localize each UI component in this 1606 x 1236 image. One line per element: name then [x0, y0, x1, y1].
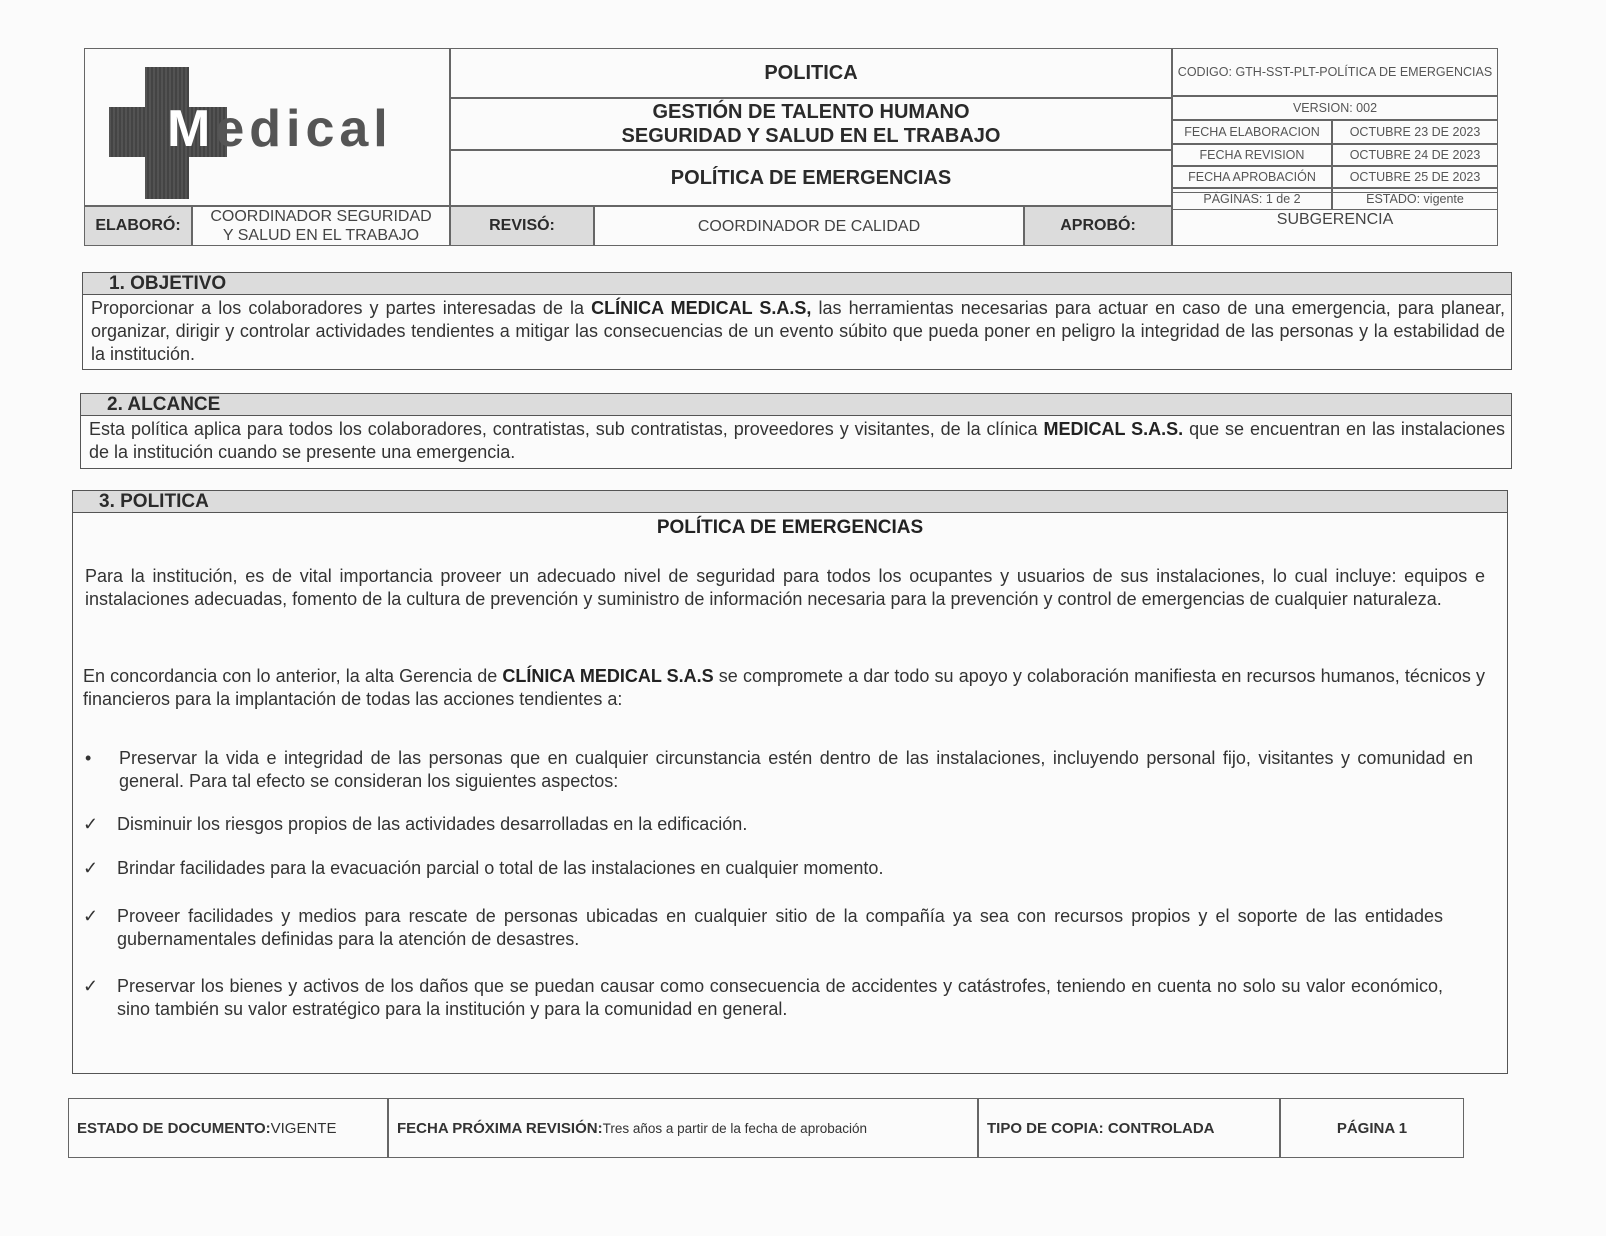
reviso-label: REVISÓ:	[450, 206, 594, 246]
elaboro-value: COORDINADOR SEGURIDAD Y SALUD EN EL TRAB…	[192, 206, 450, 246]
section-objetivo: 1. OBJETIVO Proporcionar a los colaborad…	[82, 272, 1512, 370]
meta-value: OCTUBRE 25 DE 2023	[1332, 166, 1498, 188]
footer-estado: ESTADO DE DOCUMENTO: VIGENTE	[68, 1098, 388, 1158]
elaboro-label: ELABORÓ:	[84, 206, 192, 246]
doc-type: POLITICA	[450, 48, 1172, 98]
footer-revision: FECHA PRÓXIMA REVISIÓN: Tres años a part…	[388, 1098, 978, 1158]
policy-subtitle: POLÍTICA DE EMERGENCIAS	[73, 517, 1507, 539]
footer-pagina: PÁGINA 1	[1280, 1098, 1464, 1158]
doc-area: GESTIÓN DE TALENTO HUMANO SEGURIDAD Y SA…	[450, 98, 1172, 150]
document-footer: ESTADO DE DOCUMENTO: VIGENTE FECHA PRÓXI…	[68, 1098, 1498, 1158]
meta-label: FECHA ELABORACION	[1172, 120, 1332, 144]
section-title: 3. POLITICA	[73, 491, 1507, 513]
logo-text: Medical	[167, 99, 393, 159]
aprobo-label: APROBÓ:	[1024, 206, 1172, 246]
footer-copia: TIPO DE COPIA: CONTROLADA	[978, 1098, 1280, 1158]
checkmark-icon: ✓	[83, 905, 103, 928]
document-header: Medical POLITICA GESTIÓN DE TALENTO HUMA…	[84, 48, 1534, 258]
doc-title: POLÍTICA DE EMERGENCIAS	[450, 150, 1172, 206]
meta-label: FECHA APROBACIÓN	[1172, 166, 1332, 188]
checkmark-icon: ✓	[83, 857, 103, 880]
policy-paragraph-1: Para la institución, es de vital importa…	[85, 565, 1485, 611]
doc-version: VERSION: 002	[1172, 96, 1498, 120]
bullet-icon: •	[85, 747, 105, 770]
policy-paragraph-2: En concordancia con lo anterior, la alta…	[83, 665, 1485, 711]
section-title: 1. OBJETIVO	[83, 273, 1511, 295]
doc-code: CODIGO: GTH-SST-PLT-POLÍTICA DE EMERGENC…	[1172, 48, 1498, 96]
section-text: Esta política aplica para todos los cola…	[89, 418, 1505, 464]
aprobo-value: SUBGERENCIA	[1172, 192, 1498, 246]
section-text: Proporcionar a los colaboradores y parte…	[91, 297, 1505, 366]
checkmark-icon: ✓	[83, 813, 103, 836]
checkmark-icon: ✓	[83, 975, 103, 998]
meta-value: OCTUBRE 24 DE 2023	[1332, 144, 1498, 166]
section-title: 2. ALCANCE	[81, 394, 1511, 416]
section-alcance: 2. ALCANCE Esta política aplica para tod…	[80, 393, 1512, 469]
reviso-value: COORDINADOR DE CALIDAD	[594, 206, 1024, 246]
meta-value: OCTUBRE 23 DE 2023	[1332, 120, 1498, 144]
logo-cell: Medical	[84, 48, 450, 206]
meta-label: FECHA REVISION	[1172, 144, 1332, 166]
section-politica: 3. POLITICA POLÍTICA DE EMERGENCIAS Para…	[72, 490, 1508, 1074]
